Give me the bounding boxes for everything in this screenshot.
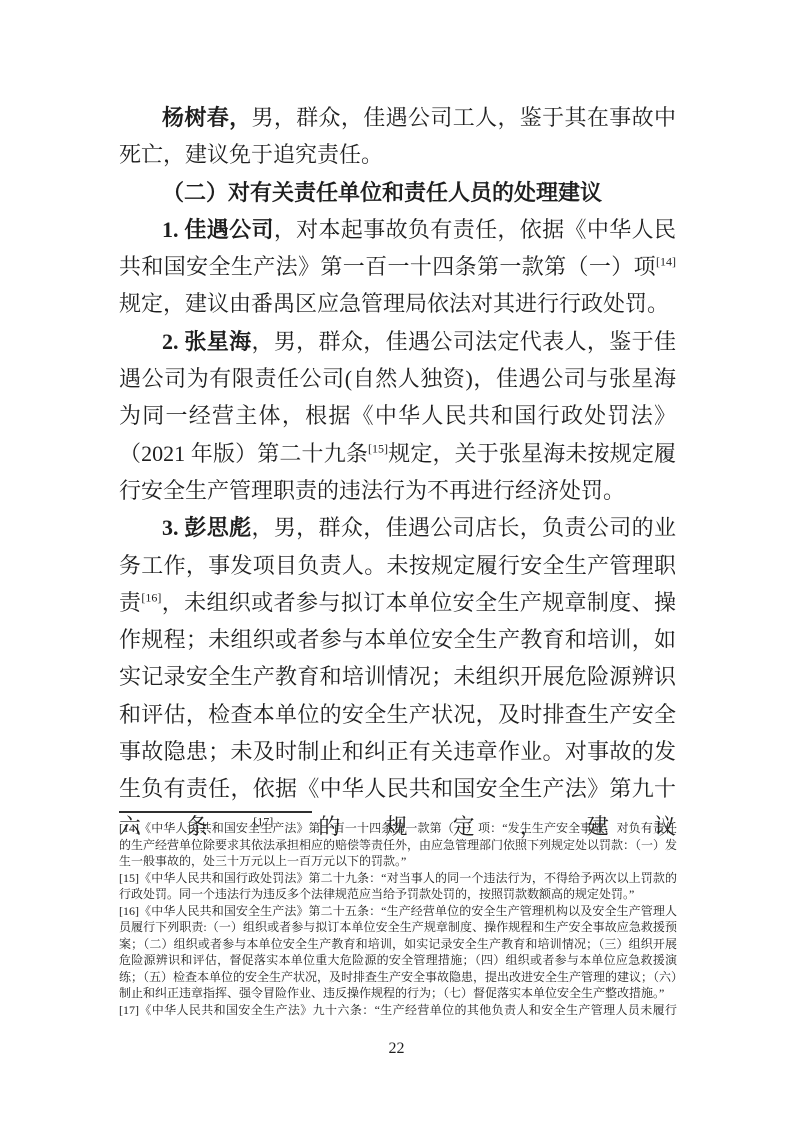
paragraph-jiayu-company: 1. 佳遇公司，对本起事故负有责任，依据《中华人民共和国安全生产法》第一百一十四… xyxy=(119,211,676,323)
paragraph-zhang-xinghai: 2. 张星海，男，群众，佳遇公司法定代表人，鉴于佳遇公司为有限责任公司(自然人独… xyxy=(119,323,676,509)
person-name-zhang-xinghai: 2. 张星海 xyxy=(162,329,251,354)
entity-name-jiayu-company: 1. 佳遇公司 xyxy=(162,217,274,242)
footnote-ref-15: [15] xyxy=(368,441,388,455)
report-body: 杨树春，男，群众，佳遇公司工人，鉴于其在事故中死亡，建议免于追究责任。 （二）对… xyxy=(119,99,676,845)
section-heading: （二）对有关责任单位和责任人员的处理建议 xyxy=(119,174,676,211)
footnote-17-text: 《中华人民共和国安全生产法》九十六条：“生产经营单位的其他负责人和安全生产管理人… xyxy=(139,1003,677,1017)
person-name-peng-sibiao: 3. 彭思彪 xyxy=(162,515,251,540)
footnote-15-text: 《中华人民共和国行政处罚法》第二十九条：“对当事人的同一个违法行为，不得给予两次… xyxy=(119,871,677,902)
paragraph-yang-shuchun: 杨树春，男，群众，佳遇公司工人，鉴于其在事故中死亡，建议免于追究责任。 xyxy=(119,99,676,174)
person-name-yang-shuchun: 杨树春， xyxy=(162,105,251,130)
footnote-14: [14]《中华人民共和国安全生产法》第一百一十四条第一款第（一）项：“发生生产安… xyxy=(119,820,677,870)
paragraph-peng-sibiao-text-2: ，未组织或者参与拟订本单位安全生产规章制度、操作规程；未组织或者参与本单位安全生… xyxy=(119,590,676,839)
footnote-17: [17]《中华人民共和国安全生产法》九十六条：“生产经营单位的其他负责人和安全生… xyxy=(119,1002,677,1019)
footnotes-section: [14]《中华人民共和国安全生产法》第一百一十四条第一款第（一）项：“发生生产安… xyxy=(119,820,677,1018)
footnote-14-text: 《中华人民共和国安全生产法》第一百一十四条第一款第（一）项：“发生生产安全事故，… xyxy=(119,821,677,868)
footnote-ref-14: [14] xyxy=(656,255,676,269)
page-number: 22 xyxy=(0,1040,793,1058)
footnote-16: [16]《中华人民共和国安全生产法》第二十五条：“生产经营单位的安全生产管理机构… xyxy=(119,903,677,1002)
document-page: 杨树春，男，群众，佳遇公司工人，鉴于其在事故中死亡，建议免于追究责任。 （二）对… xyxy=(0,0,793,1122)
footnote-15: [15]《中华人民共和国行政处罚法》第二十九条：“对当事人的同一个违法行为，不得… xyxy=(119,870,677,903)
footnote-separator xyxy=(119,811,312,813)
paragraph-peng-sibiao: 3. 彭思彪，男，群众，佳遇公司店长，负责公司的业务工作，事发项目负责人。未按规… xyxy=(119,509,676,845)
footnote-17-marker: [17] xyxy=(119,1003,139,1017)
footnote-ref-16: [16] xyxy=(141,591,161,605)
footnote-14-marker: [14] xyxy=(119,821,139,835)
paragraph-jiayu-company-text-2: 规定，建议由番禺区应急管理局依法对其进行行政处罚。 xyxy=(119,291,669,316)
footnote-16-marker: [16] xyxy=(119,904,139,918)
footnote-16-text: 《中华人民共和国安全生产法》第二十五条：“生产经营单位的安全生产管理机构以及安全… xyxy=(119,904,677,1001)
footnote-15-marker: [15] xyxy=(119,871,139,885)
